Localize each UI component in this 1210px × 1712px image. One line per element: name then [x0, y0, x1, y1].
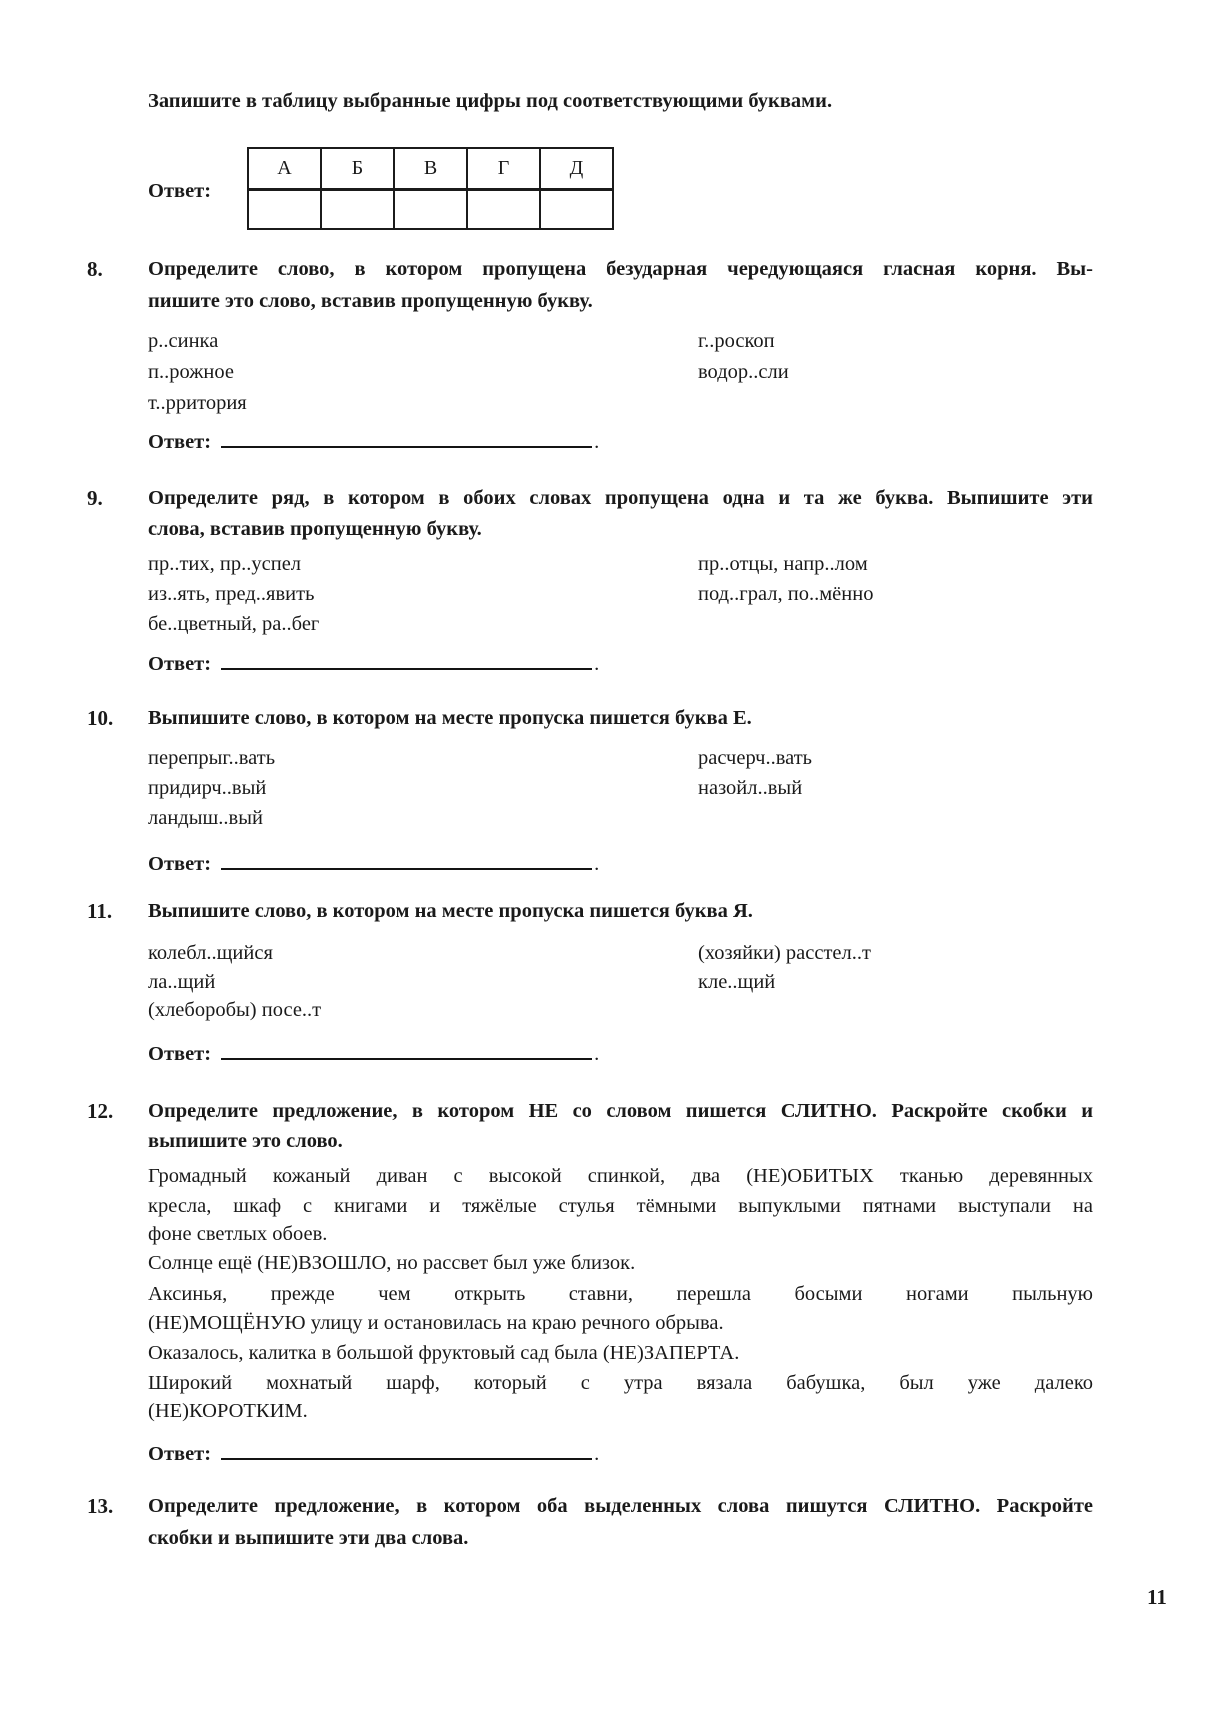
answer-period: . — [594, 853, 599, 875]
answer-blank-line — [221, 848, 592, 870]
option-item: ла..щий — [148, 969, 215, 996]
table-header-cell-d: Д — [540, 148, 613, 190]
answer-row: Ответ:. — [148, 848, 599, 878]
table-header-cell-g: Г — [467, 148, 540, 190]
sentence-line: (НЕ)МОЩЁНУЮ улицу и остановилась на краю… — [148, 1310, 1093, 1337]
answer-period: . — [594, 1043, 599, 1065]
answer-table: А Б В Г Д — [247, 147, 614, 230]
answer-label: Ответ: — [148, 431, 211, 453]
option-item: кле..щий — [698, 969, 775, 996]
option-item: (хлеборобы) посе..т — [148, 997, 321, 1024]
question-number: 12. — [87, 1098, 142, 1124]
page-number: 11 — [1147, 1585, 1167, 1610]
option-item: бе..цветный, ра..бег — [148, 611, 319, 638]
option-item: ландыш..вый — [148, 805, 263, 832]
answer-period: . — [594, 653, 599, 675]
answer-label: Ответ: — [148, 653, 211, 675]
question-instruction-line: скобки и выпишите эти два слова. — [148, 1525, 1093, 1552]
option-item: придирч..вый — [148, 775, 266, 802]
answer-table-value-row — [248, 190, 613, 230]
table-answer-label: Ответ: — [148, 180, 211, 203]
answer-row: Ответ:. — [148, 426, 599, 456]
option-item: из..ять, пред..явить — [148, 581, 314, 608]
option-item: г..роскоп — [698, 328, 775, 355]
question-instruction-line: пишите это слово, вставив пропущенную бу… — [148, 288, 1093, 315]
answer-blank-line — [221, 426, 592, 448]
exam-page: Запишите в таблицу выбранные цифры под с… — [0, 0, 1210, 1712]
answer-row: Ответ:. — [148, 1038, 599, 1068]
answer-period: . — [594, 431, 599, 453]
option-item: колебл..щийся — [148, 940, 273, 967]
option-item: под..грал, по..мённо — [698, 581, 873, 608]
sentence-line: Солнце ещё (НЕ)ВЗОШЛО, но рассвет был уж… — [148, 1250, 1093, 1277]
option-item: назойл..вый — [698, 775, 802, 802]
table-answer-cell — [467, 190, 540, 230]
answer-label: Ответ: — [148, 853, 211, 875]
table-header-cell-v: В — [394, 148, 467, 190]
table-header-cell-a: А — [248, 148, 321, 190]
table-header-cell-b: Б — [321, 148, 394, 190]
answer-row: Ответ:. — [148, 1438, 599, 1468]
sentence-line: (НЕ)КОРОТКИМ. — [148, 1398, 1093, 1425]
question-instruction-line: слова, вставив пропущенную букву. — [148, 516, 1093, 543]
intro-instruction: Запишите в таблицу выбранные цифры под с… — [148, 88, 1093, 115]
table-answer-cell — [321, 190, 394, 230]
question-number: 10. — [87, 705, 142, 731]
option-item: т..рритория — [148, 390, 247, 417]
question-instruction-line: Выпишите слово, в котором на месте пропу… — [148, 705, 1093, 732]
answer-blank-line — [221, 1038, 592, 1060]
option-item: водор..сли — [698, 359, 789, 386]
option-item: (хозяйки) расстел..т — [698, 940, 871, 967]
question-instruction-line: Выпишите слово, в котором на месте пропу… — [148, 898, 1093, 925]
answer-table-header-row: А Б В Г Д — [248, 148, 613, 190]
sentence-line: фоне светлых обоев. — [148, 1221, 1093, 1248]
answer-row: Ответ:. — [148, 648, 599, 678]
question-number: 8. — [87, 256, 142, 282]
option-item: расчерч..вать — [698, 745, 812, 772]
question-number: 9. — [87, 485, 142, 511]
answer-blank-line — [221, 648, 592, 670]
question-number: 13. — [87, 1493, 142, 1519]
answer-label: Ответ: — [148, 1043, 211, 1065]
option-item: пр..тих, пр..успел — [148, 551, 301, 578]
table-answer-cell — [248, 190, 321, 230]
option-item: р..синка — [148, 328, 218, 355]
sentence-line: Оказалось, калитка в большой фруктовый с… — [148, 1340, 1093, 1367]
option-item: п..рожное — [148, 359, 234, 386]
answer-blank-line — [221, 1438, 592, 1460]
answer-period: . — [594, 1443, 599, 1465]
question-instruction-line: выпишите это слово. — [148, 1128, 1093, 1155]
table-answer-cell — [394, 190, 467, 230]
answer-label: Ответ: — [148, 1443, 211, 1465]
option-item: пр..отцы, напр..лом — [698, 551, 868, 578]
option-item: перепрыг..вать — [148, 745, 275, 772]
table-answer-cell — [540, 190, 613, 230]
question-number: 11. — [87, 898, 142, 924]
